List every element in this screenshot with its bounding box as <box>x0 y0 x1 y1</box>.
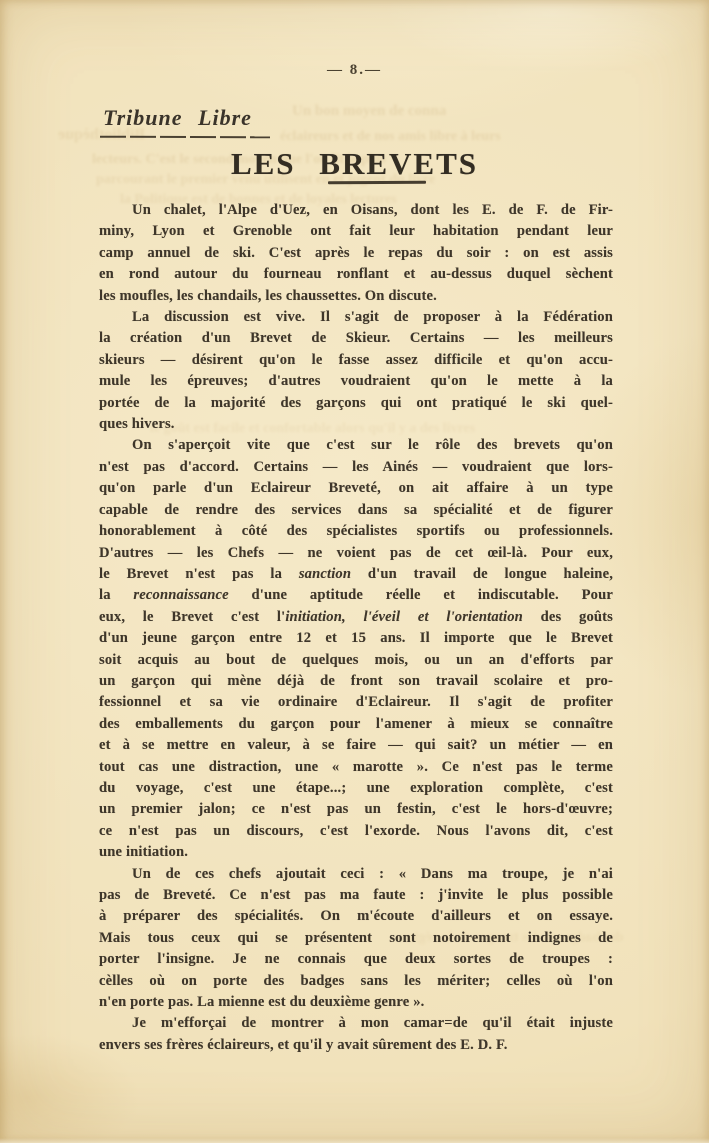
page-number: — 8.— <box>0 62 709 79</box>
paragraph: Un de ces chefs ajoutait ceci : « Dans m… <box>99 864 613 1014</box>
text-line: un premier jalon; ce n'est pas un festin… <box>99 799 613 820</box>
text-line: Je m'efforçai de montrer à mon camar=de … <box>99 1013 613 1034</box>
text-line: qu'on parle d'un Eclaireur Breveté, on a… <box>99 478 613 499</box>
text-line: un garçon qui mène déjà de front son tra… <box>99 671 613 692</box>
paragraph: La discussion est vive. Il s'agit de pro… <box>99 307 613 435</box>
text-line: pas de Breveté. Ce n'est pas ma faute : … <box>99 885 613 906</box>
text-line: miny, Lyon et Grenoble ont fait leur hab… <box>99 221 613 242</box>
article-body: Un chalet, l'Alpe d'Uez, en Oisans, dont… <box>99 200 613 1056</box>
scanned-magazine-page: Un bon moyen de conna Bibliothèque éclai… <box>0 0 709 1143</box>
text-line: à préparer des spécialités. On m'écoute … <box>99 906 613 927</box>
text-line: Un chalet, l'Alpe d'Uez, en Oisans, dont… <box>99 200 613 221</box>
text-line: cèlles où on porte des badges sans les m… <box>99 971 613 992</box>
text-line: fessionnel et sa vie ordinaire d'Eclaire… <box>99 692 613 713</box>
text-line: Un de ces chefs ajoutait ceci : « Dans m… <box>99 864 613 885</box>
section-label: Tribune Libre <box>103 105 252 130</box>
article-title: LES BREVETS <box>0 146 709 182</box>
bleedthrough-text: Un bon moyen de conna <box>292 103 446 120</box>
text-line: une initiation. <box>99 842 613 863</box>
text-line: d'un jeune garçon entre 12 et 15 ans. Il… <box>99 628 613 649</box>
text-line: porter l'insigne. Je ne connais que deux… <box>99 949 613 970</box>
text-line: soit acquis au bout de quelques mois, ou… <box>99 650 613 671</box>
text-line: des emballements du garçon pour l'amener… <box>99 714 613 735</box>
paragraph: Je m'efforçai de montrer à mon camar=de … <box>99 1013 613 1056</box>
text-line: skieurs — désirent qu'on le fasse assez … <box>99 350 613 371</box>
text-line: D'autres — les Chefs — ne voient pas de … <box>99 543 613 564</box>
text-line: mule les épreuves; d'autres voudraient q… <box>99 371 613 392</box>
text-line: tout cas une distraction, une « marotte … <box>99 757 613 778</box>
text-line: capable de rendre des services dans sa s… <box>99 500 613 521</box>
text-line: On s'aperçoit vite que c'est sur le rôle… <box>99 435 613 456</box>
text-line: La discussion est vive. Il s'agit de pro… <box>99 307 613 328</box>
text-line: la création d'un Brevet de Skieur. Certa… <box>99 328 613 349</box>
text-line: camp annuel de ski. C'est après le repas… <box>99 243 613 264</box>
text-line: ques hivers. <box>99 414 613 435</box>
title-underline-rule <box>328 181 426 185</box>
section-underline-rule <box>100 136 270 139</box>
text-line: envers ses frères éclaireurs, et qu'il y… <box>99 1035 613 1056</box>
text-line: la reconnaissance d'une aptitude réelle … <box>99 585 613 606</box>
text-line: ce n'est pas un discours, c'est l'exorde… <box>99 821 613 842</box>
paragraph: Un chalet, l'Alpe d'Uez, en Oisans, dont… <box>99 200 613 307</box>
text-line: du voyage, c'est une étape...; une explo… <box>99 778 613 799</box>
text-line: n'est pas d'accord. Certains — les Ainés… <box>99 457 613 478</box>
text-line: n'en porte pas. La mienne est du deuxièm… <box>99 992 613 1013</box>
text-line: les moufles, les chandails, les chausset… <box>99 286 613 307</box>
text-line: eux, le Brevet c'est l'initiation, l'éve… <box>99 607 613 628</box>
bleedthrough-text: éclaireurs et de nos amis libre à leurs <box>280 129 501 145</box>
text-line: Mais tous ceux qui se présentent sont no… <box>99 928 613 949</box>
text-line: le Brevet n'est pas la sanction d'un tra… <box>99 564 613 585</box>
text-line: en rond autour du fourneau ronflant et a… <box>99 264 613 285</box>
paragraph: On s'aperçoit vite que c'est sur le rôle… <box>99 435 613 863</box>
text-line: portée de la majorité des garçons qui on… <box>99 393 613 414</box>
text-line: et à se mettre en valeur, à se faire — q… <box>99 735 613 756</box>
text-line: honorablement à côté des spécialistes sp… <box>99 521 613 542</box>
